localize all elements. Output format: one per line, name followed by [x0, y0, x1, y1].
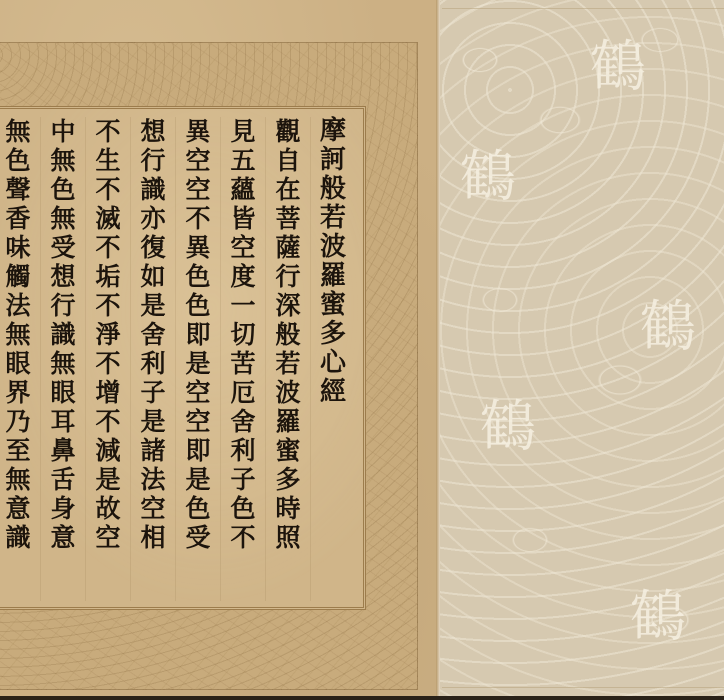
character: 羅 [266, 407, 310, 436]
character: 經 [311, 378, 355, 407]
character: 法 [131, 465, 175, 494]
character: 不 [86, 175, 130, 204]
character: 色 [176, 262, 220, 291]
character: 無 [41, 204, 85, 233]
character: 空 [86, 523, 130, 552]
silk-mounting-panel: 鶴 鶴 鶴 鶴 鶴 [440, 0, 724, 696]
crane-motif-icon: 鶴 [460, 150, 516, 206]
character: 深 [266, 291, 310, 320]
character: 舍 [131, 320, 175, 349]
character: 識 [131, 175, 175, 204]
character: 若 [311, 204, 355, 233]
character: 無 [0, 465, 40, 494]
sutra-scroll: 摩訶般若波羅蜜多心經觀自在菩薩行深般若波羅蜜多時照見五蘊皆空度一切苦厄舍利子色不… [0, 0, 724, 696]
character: 空 [176, 175, 220, 204]
character: 不 [86, 349, 130, 378]
character: 利 [131, 349, 175, 378]
character: 無 [41, 349, 85, 378]
character: 是 [131, 291, 175, 320]
character: 故 [86, 494, 130, 523]
character: 意 [41, 523, 85, 552]
character: 蘊 [221, 175, 265, 204]
character: 若 [266, 349, 310, 378]
character: 滅 [86, 204, 130, 233]
character: 不 [86, 117, 130, 146]
character: 觀 [266, 117, 310, 146]
character: 是 [131, 407, 175, 436]
crane-motif-icon: 鶴 [590, 40, 646, 96]
text-column: 中無色無受想行識無眼耳鼻舌身意 [40, 117, 85, 601]
character: 羅 [311, 262, 355, 291]
character: 香 [0, 204, 40, 233]
text-frame: 摩訶般若波羅蜜多心經觀自在菩薩行深般若波羅蜜多時照見五蘊皆空度一切苦厄舍利子色不… [0, 106, 366, 610]
character: 空 [176, 407, 220, 436]
character: 在 [266, 175, 310, 204]
character: 即 [176, 436, 220, 465]
character: 如 [131, 262, 175, 291]
text-column: 不生不滅不垢不淨不增不減是故空 [85, 117, 130, 601]
character: 訶 [311, 146, 355, 175]
character: 自 [266, 146, 310, 175]
crane-motif-icon: 鶴 [480, 400, 536, 456]
character: 鼻 [41, 436, 85, 465]
character: 多 [266, 465, 310, 494]
text-columns: 摩訶般若波羅蜜多心經觀自在菩薩行深般若波羅蜜多時照見五蘊皆空度一切苦厄舍利子色不… [0, 117, 355, 601]
character: 眼 [41, 378, 85, 407]
paper-sheet: 摩訶般若波羅蜜多心經觀自在菩薩行深般若波羅蜜多時照見五蘊皆空度一切苦厄舍利子色不… [0, 0, 440, 696]
character: 異 [176, 117, 220, 146]
character: 舍 [221, 407, 265, 436]
character: 識 [41, 320, 85, 349]
character: 無 [41, 146, 85, 175]
character: 想 [41, 262, 85, 291]
character: 五 [221, 146, 265, 175]
character: 色 [176, 494, 220, 523]
character: 皆 [221, 204, 265, 233]
character: 不 [86, 407, 130, 436]
character: 增 [86, 378, 130, 407]
character: 子 [131, 378, 175, 407]
character: 味 [0, 233, 40, 262]
character: 厄 [221, 378, 265, 407]
character: 身 [41, 494, 85, 523]
text-column: 見五蘊皆空度一切苦厄舍利子色不 [220, 117, 265, 601]
character: 波 [311, 233, 355, 262]
crane-motif-icon: 鶴 [630, 590, 686, 646]
character: 空 [176, 378, 220, 407]
character: 色 [41, 175, 85, 204]
character: 受 [41, 233, 85, 262]
character: 中 [41, 117, 85, 146]
character: 耳 [41, 407, 85, 436]
character: 時 [266, 494, 310, 523]
character: 是 [176, 349, 220, 378]
character: 不 [221, 523, 265, 552]
text-column: 想行識亦復如是舍利子是諸法空相 [130, 117, 175, 601]
character: 意 [0, 494, 40, 523]
character: 是 [86, 465, 130, 494]
character: 心 [311, 349, 355, 378]
character: 見 [221, 117, 265, 146]
character: 苦 [221, 349, 265, 378]
character: 摩 [311, 117, 355, 146]
character: 減 [86, 436, 130, 465]
character: 受 [176, 523, 220, 552]
character: 無 [0, 320, 40, 349]
character: 相 [131, 523, 175, 552]
character: 舌 [41, 465, 85, 494]
character: 觸 [0, 262, 40, 291]
text-column: 異空空不異色色即是空空即是色受 [175, 117, 220, 601]
character: 色 [0, 146, 40, 175]
character: 識 [0, 523, 40, 552]
character: 聲 [0, 175, 40, 204]
character: 利 [221, 436, 265, 465]
character: 行 [266, 262, 310, 291]
title-column: 摩訶般若波羅蜜多心經 [310, 117, 355, 601]
character: 淨 [86, 320, 130, 349]
character: 行 [41, 291, 85, 320]
character: 不 [176, 204, 220, 233]
character: 波 [266, 378, 310, 407]
text-column: 觀自在菩薩行深般若波羅蜜多時照 [265, 117, 310, 601]
bottom-edge [0, 696, 724, 700]
character: 般 [311, 175, 355, 204]
character: 蜜 [311, 291, 355, 320]
character: 無 [0, 117, 40, 146]
character: 不 [86, 233, 130, 262]
character: 度 [221, 262, 265, 291]
character: 至 [0, 436, 40, 465]
character: 行 [131, 146, 175, 175]
character: 子 [221, 465, 265, 494]
character: 異 [176, 233, 220, 262]
character: 想 [131, 117, 175, 146]
character: 一 [221, 291, 265, 320]
character: 不 [86, 291, 130, 320]
character: 界 [0, 378, 40, 407]
character: 空 [221, 233, 265, 262]
character: 空 [176, 146, 220, 175]
character: 眼 [0, 349, 40, 378]
crane-motif-icon: 鶴 [640, 300, 696, 356]
character: 般 [266, 320, 310, 349]
character: 蜜 [266, 436, 310, 465]
character: 是 [176, 465, 220, 494]
character: 生 [86, 146, 130, 175]
character: 空 [131, 494, 175, 523]
character: 色 [176, 291, 220, 320]
character: 切 [221, 320, 265, 349]
character: 菩 [266, 204, 310, 233]
text-column: 無色聲香味觸法無眼界乃至無意識 [0, 117, 40, 601]
character: 諸 [131, 436, 175, 465]
character: 色 [221, 494, 265, 523]
character: 亦 [131, 204, 175, 233]
character: 照 [266, 523, 310, 552]
character: 薩 [266, 233, 310, 262]
character: 復 [131, 233, 175, 262]
character: 多 [311, 320, 355, 349]
character: 垢 [86, 262, 130, 291]
character: 即 [176, 320, 220, 349]
character: 乃 [0, 407, 40, 436]
character: 法 [0, 291, 40, 320]
